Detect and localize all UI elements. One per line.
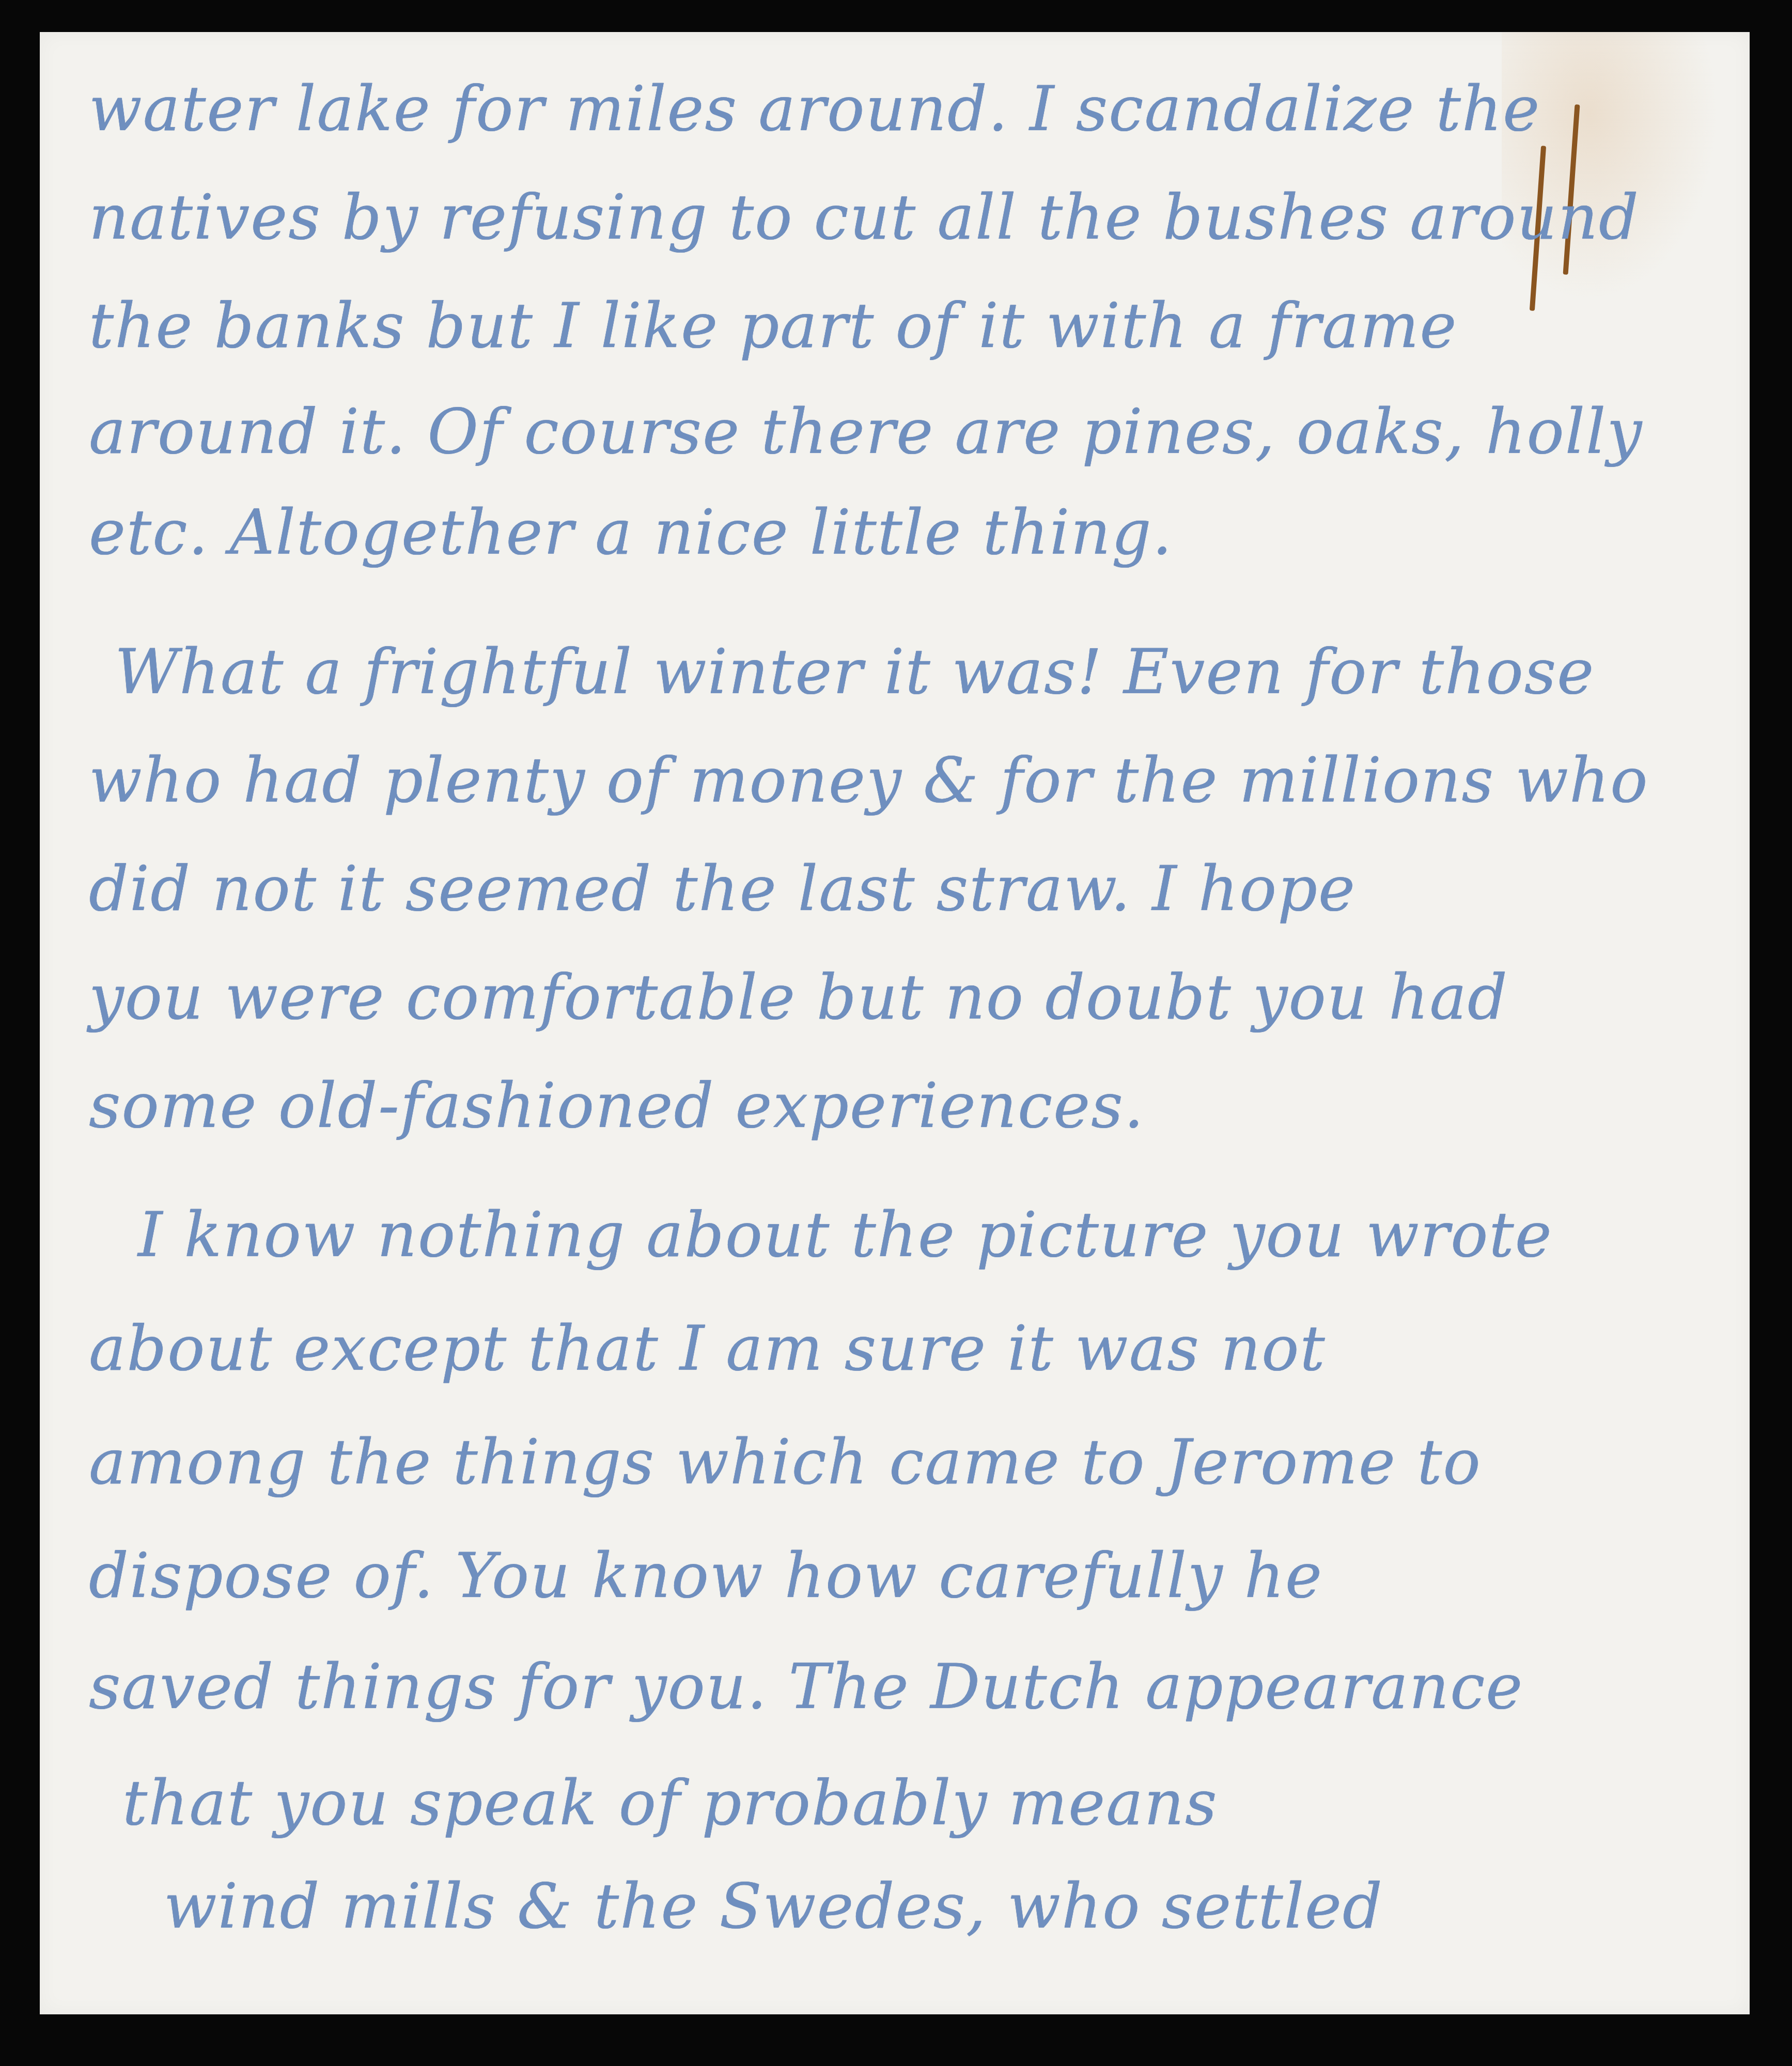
handwritten-line: etc. Altogether a nice little thing. [89, 497, 1173, 569]
handwritten-line: dispose of. You know how carefully he [89, 1540, 1323, 1612]
handwritten-line: you were comfortable but no doubt you ha… [89, 962, 1508, 1034]
handwritten-line: did not it seemed the last straw. I hope [89, 853, 1356, 925]
handwritten-line: around it. Of course there are pines, oa… [89, 396, 1643, 468]
letter-page: water lake for miles around. I scandaliz… [40, 32, 1750, 2014]
handwritten-line: that you speak of probably means [122, 1767, 1218, 1839]
handwritten-line: wind mills & the Swedes, who settled [164, 1871, 1383, 1943]
handwritten-line: among the things which came to Jerome to [89, 1427, 1482, 1498]
handwritten-line: natives by refusing to cut all the bushe… [89, 182, 1640, 254]
handwritten-line: some old-fashioned experiences. [89, 1070, 1145, 1142]
handwritten-line: I know nothing about the picture you wro… [138, 1199, 1553, 1271]
handwritten-line: What a frightful winter it was! Even for… [115, 636, 1595, 708]
handwritten-line: the banks but I like part of it with a f… [89, 290, 1458, 362]
handwritten-line: water lake for miles around. I scandaliz… [89, 73, 1540, 145]
handwritten-line: saved things for you. The Dutch appearan… [89, 1651, 1523, 1723]
handwritten-line: who had plenty of money & for the millio… [89, 745, 1649, 817]
handwritten-line: about except that I am sure it was not [89, 1313, 1326, 1385]
